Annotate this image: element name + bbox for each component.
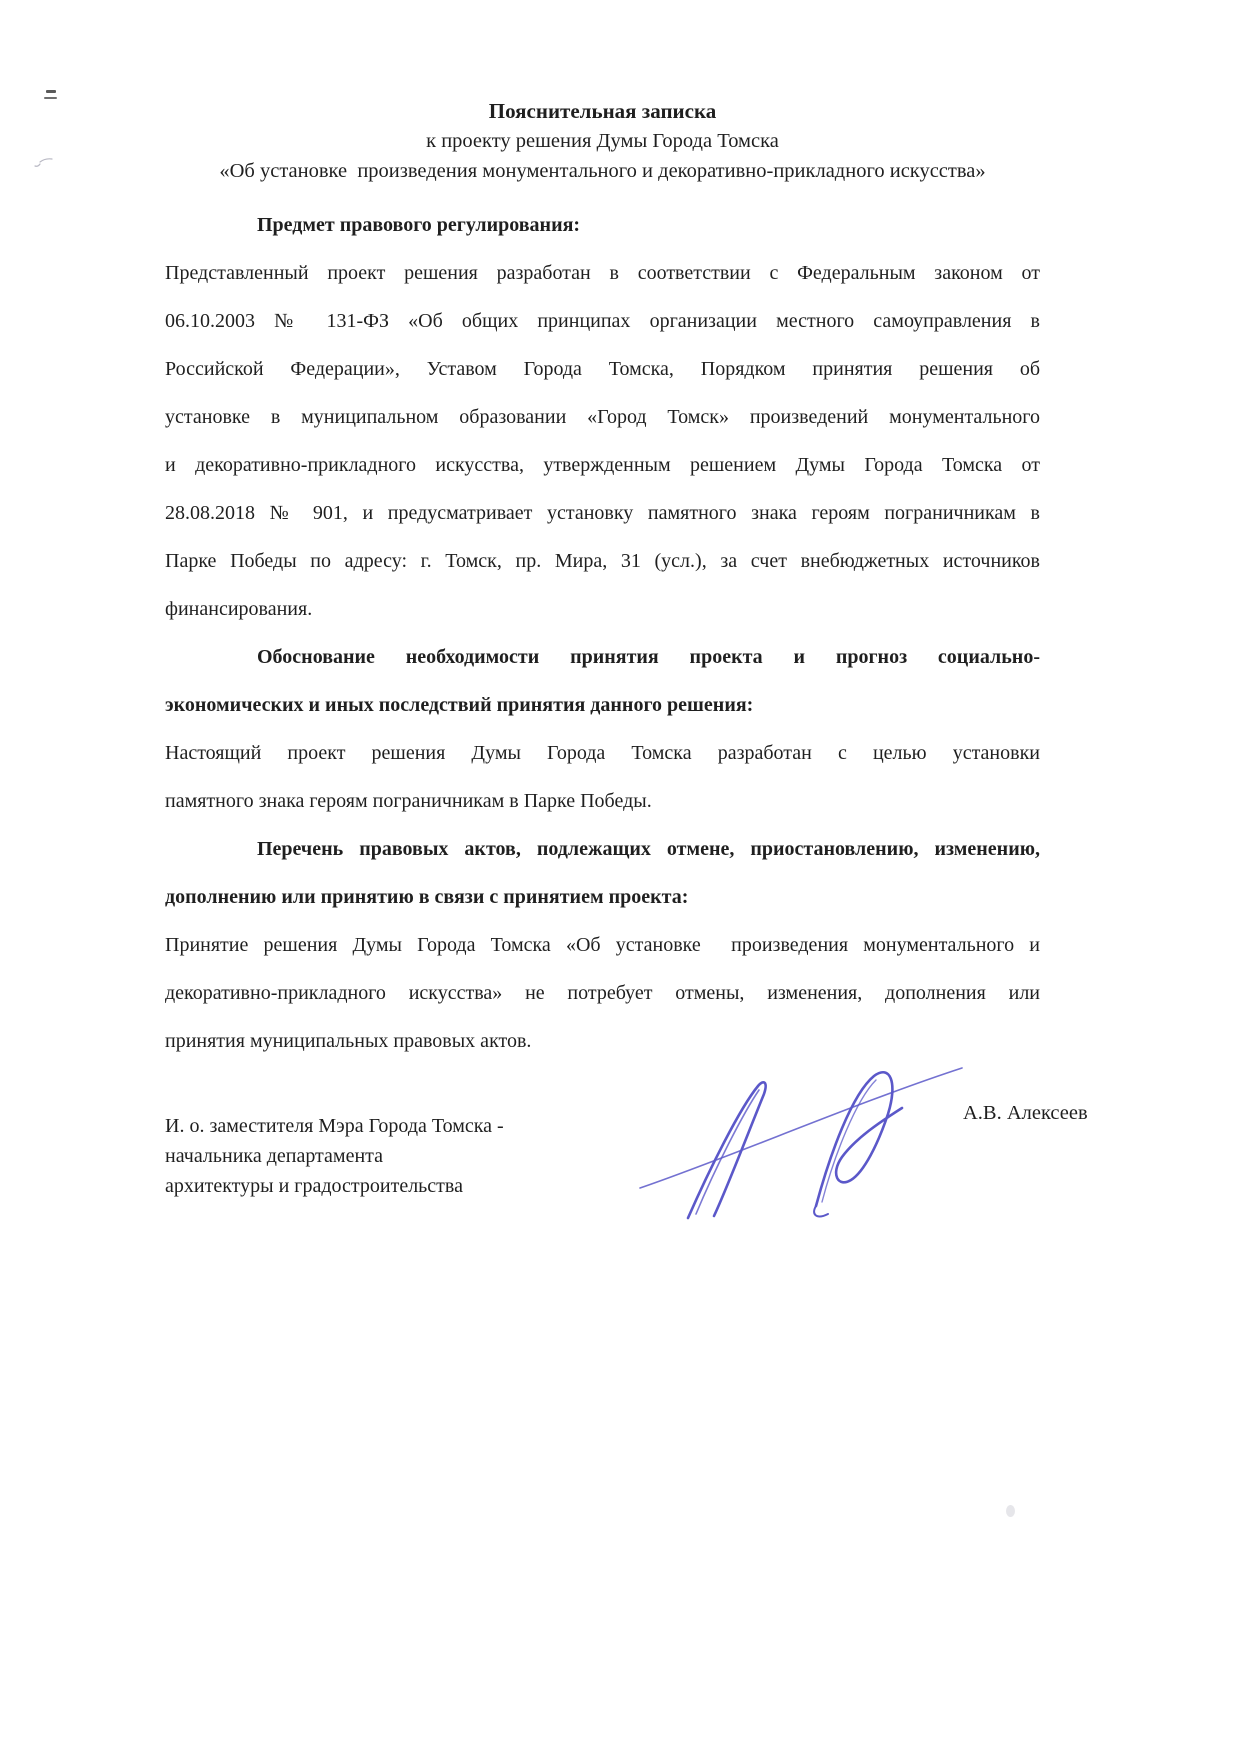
body-line: декоративно-прикладного искусства» не по… <box>165 969 1040 1017</box>
body-line: 06.10.2003 № 131-ФЗ «Об общих принципах … <box>165 297 1040 345</box>
body-line: Настоящий проект решения Думы Города Том… <box>165 729 1040 777</box>
body-line: и декоративно-прикладного искусства, утв… <box>165 441 1040 489</box>
title-line-1: Пояснительная записка <box>165 96 1040 126</box>
body-line: Представленный проект решения разработан… <box>165 249 1040 297</box>
body-line: 28.08.2018 № 901, и предусматривает уста… <box>165 489 1040 537</box>
title-line-3: «Об установке произведения монументально… <box>165 156 1040 186</box>
section-3: Перечень правовых актов, подлежащих отме… <box>165 825 1040 1065</box>
heading-line: экономических и иных последствий приняти… <box>165 681 1040 729</box>
body-line: Принятие решения Думы Города Томска «Об … <box>165 921 1040 969</box>
heading-line: Обоснование необходимости принятия проек… <box>165 633 1040 681</box>
document-content: Пояснительная записка к проекту решения … <box>165 0 1040 1201</box>
section-2: Обоснование необходимости принятия проек… <box>165 633 1040 825</box>
section-1: Предмет правового регулирования:Представ… <box>165 201 1040 633</box>
document-sections: Предмет правового регулирования:Представ… <box>165 201 1040 1065</box>
document-page: Пояснительная записка к проекту решения … <box>0 0 1240 1753</box>
scan-artifact <box>46 90 56 93</box>
scan-artifact <box>34 156 54 168</box>
scan-artifact <box>1006 1505 1015 1517</box>
body-line: Российской Федерации», Уставом Города То… <box>165 345 1040 393</box>
heading-line: Предмет правового регулирования: <box>165 201 1040 249</box>
body-line: Парке Победы по адресу: г. Томск, пр. Ми… <box>165 537 1040 585</box>
scan-artifact <box>44 97 57 99</box>
signatory-name: А.В. Алексеев <box>963 1098 1088 1128</box>
body-line: финансирования. <box>165 585 1040 633</box>
body-line: установке в муниципальном образовании «Г… <box>165 393 1040 441</box>
document-title: Пояснительная записка к проекту решения … <box>165 0 1040 186</box>
heading-line: Перечень правовых актов, подлежащих отме… <box>165 825 1040 873</box>
title-line-2: к проекту решения Думы Города Томска <box>165 126 1040 156</box>
handwritten-signature <box>618 1030 978 1230</box>
heading-line: дополнению или принятию в связи с принят… <box>165 873 1040 921</box>
body-line: памятного знака героям пограничникам в П… <box>165 777 1040 825</box>
